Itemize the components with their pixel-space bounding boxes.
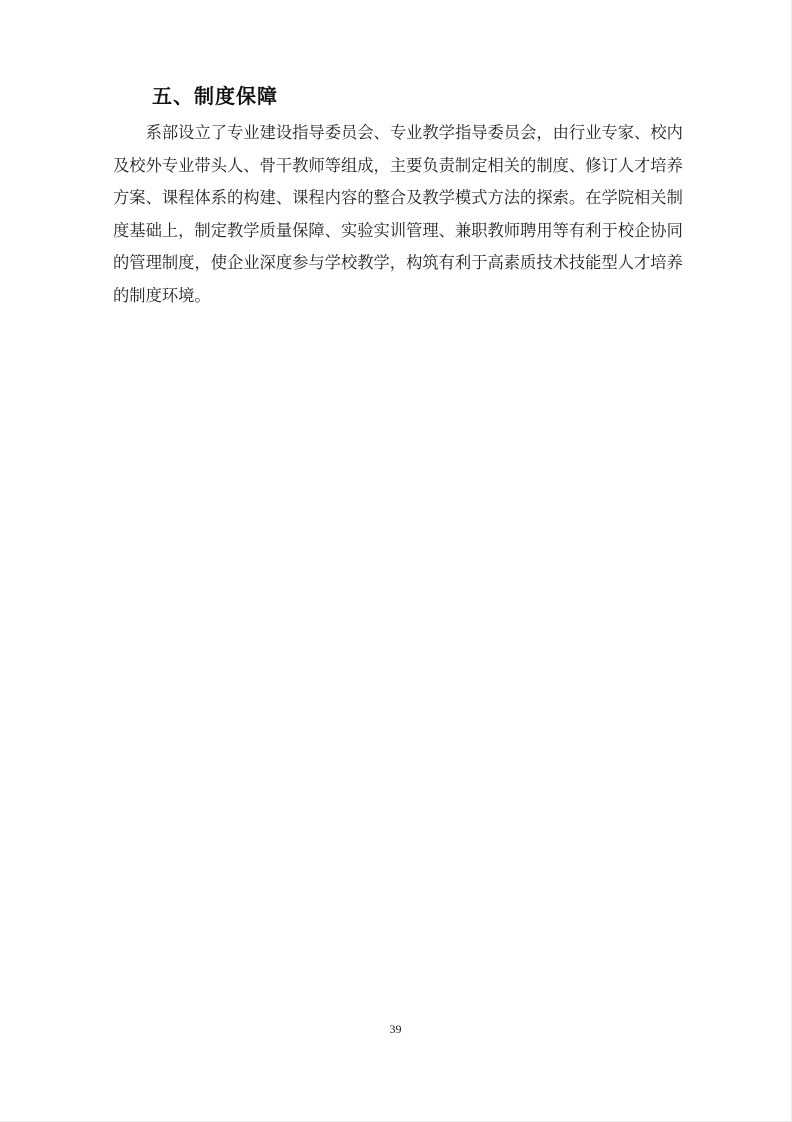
paragraph-line: 方案、课程体系的构建、课程内容的整合及教学模式方法的探索。在学院相关制 xyxy=(113,182,685,215)
paragraph-line: 系部设立了专业建设指导委员会、专业教学指导委员会，由行业专家、校内 xyxy=(113,117,685,150)
body-paragraph: 系部设立了专业建设指导委员会、专业教学指导委员会，由行业专家、校内 及校外专业带… xyxy=(113,117,685,313)
paragraph-line: 度基础上，制定教学质量保障、实验实训管理、兼职教师聘用等有利于校企协同 xyxy=(113,215,685,248)
paragraph-line: 的制度环境。 xyxy=(113,280,685,313)
paragraph-line: 及校外专业带头人、骨干教师等组成，主要负责制定相关的制度、修订人才培养 xyxy=(113,150,685,183)
section-heading: 五、制度保障 xyxy=(152,82,278,110)
document-page: 五、制度保障 系部设立了专业建设指导委员会、专业教学指导委员会，由行业专家、校内… xyxy=(0,0,792,1122)
paragraph-line: 的管理制度，使企业深度参与学校教学，构筑有利于高素质技术技能型人才培养 xyxy=(113,247,685,280)
page-number: 39 xyxy=(0,1022,791,1036)
